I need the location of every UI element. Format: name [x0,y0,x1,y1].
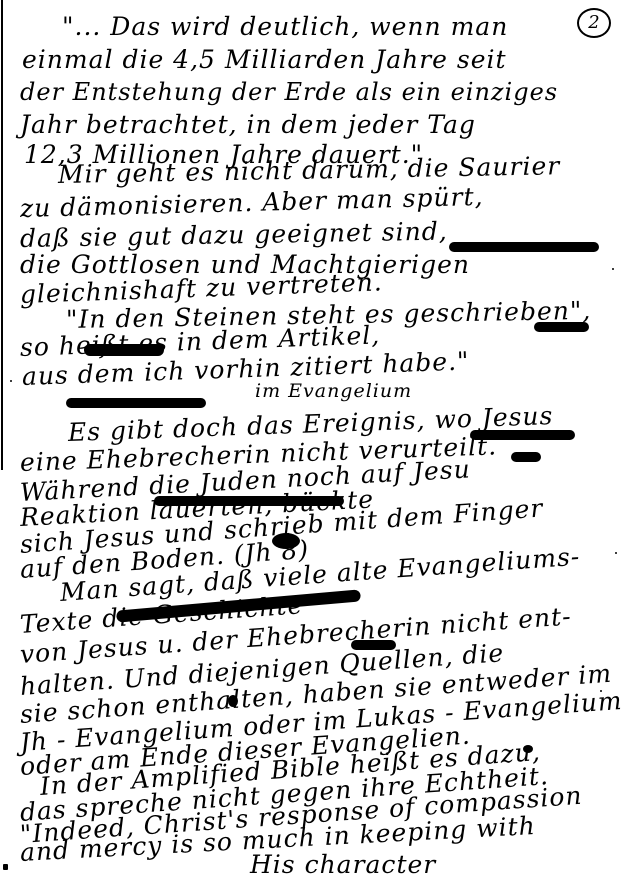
scan-speck [612,268,614,270]
manuscript-line: daß sie gut dazu geeignet sind, [20,217,448,253]
scan-speck [10,380,12,382]
manuscript-line: der Entstehung der Erde als ein einziges [20,78,558,106]
crossed-out-word [154,496,344,506]
page-number-circle: 2 [577,8,611,38]
manuscript-line: Jahr betrachtet, in dem jeder Tag [20,110,476,139]
manuscript-insertion: im Evangelium [255,380,412,402]
manuscript-line: His character [250,850,436,877]
crossed-out-word [449,242,599,252]
crossed-out-word [351,640,396,650]
ink-blot [523,745,533,753]
ink-blot [228,695,238,707]
crossed-out-word [470,430,575,440]
crossed-out-word [511,452,541,462]
page-number: 2 [588,12,599,33]
manuscript-page: 2 "... Das wird deutlich, wenn man einma… [0,0,638,877]
page-left-edge-line [1,0,3,470]
crossed-out-word [534,322,589,332]
crossed-out-word [84,344,164,356]
scan-speck [615,552,617,554]
crossed-out-word [66,398,206,408]
scan-speck [600,690,602,692]
manuscript-line: "... Das wird deutlich, wenn man [62,12,508,41]
scan-speck [3,864,8,870]
manuscript-line: einmal die 4,5 Milliarden Jahre seit [22,45,507,74]
crossed-out-blot [272,533,300,549]
